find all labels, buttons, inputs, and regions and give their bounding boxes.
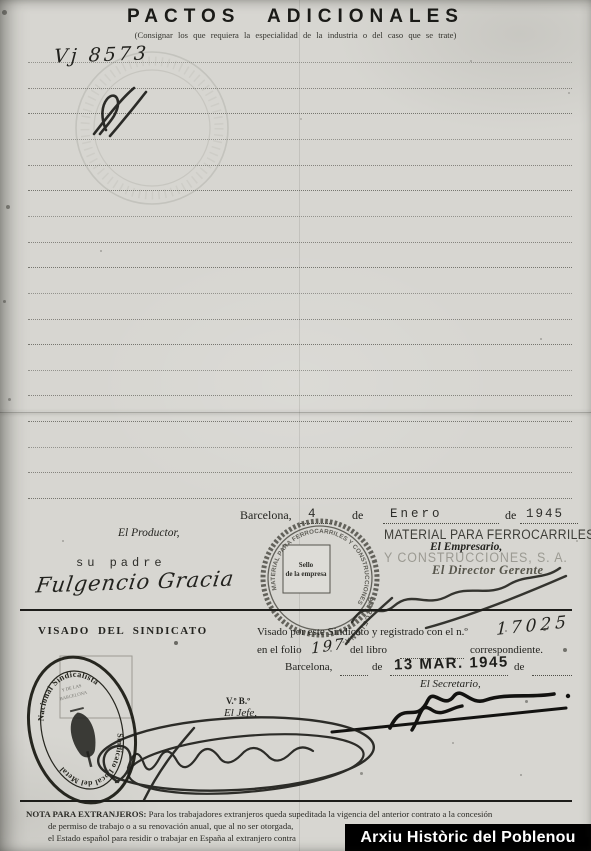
ruled-line [28,319,572,320]
horizontal-fold-crease [0,411,591,413]
productor-label: El Productor, [118,527,180,539]
page-title: PACTOS ADICIONALES [0,6,591,28]
stain-speck [100,250,102,252]
svg-text:de la empresa: de la empresa [285,570,327,578]
jefe-signature [88,710,380,808]
ruled-line [28,293,572,294]
visado-date-stamp: 13 MAR. 1945 [394,654,509,674]
date-de2: de [505,508,516,523]
page-subtitle: (Consignar los que requiera la especiali… [0,30,591,40]
stain-speck [543,628,546,631]
initials-scribble [76,78,162,142]
stain-speck [563,648,567,652]
stain-speck [576,540,578,542]
stain-speck [505,630,507,632]
sello-box [283,545,330,593]
divider-line-2 [20,800,572,802]
archive-watermark-text: Arxiu Històric del Poblenou [360,829,575,847]
stain-speck [174,641,178,645]
visado-line3-de2: de [514,661,524,673]
stain-speck [330,650,332,652]
productor-signature: Fulgencio Gracia [34,566,236,597]
ruled-line [28,370,572,371]
visado-line2a: en el folio [257,644,302,656]
stain-speck [470,60,472,62]
ruled-line [28,267,572,268]
ruled-line [28,498,572,499]
archive-watermark-bar: Arxiu Històric del Poblenou [345,824,591,851]
stain-speck [568,92,570,94]
visado-line3-de1: de [372,661,382,673]
visado-line2b: del libro [350,644,387,656]
stain-speck [6,205,10,209]
svg-text:Sello: Sello [299,561,314,569]
visado-folio: 197 [311,635,345,658]
ruled-line [28,216,572,217]
date-year-value: 1945 [526,507,564,521]
ruled-line [28,421,572,422]
stain-speck [62,540,64,542]
vb-label: V.º B.º [226,696,250,706]
ruled-line [28,472,572,473]
stain-speck [520,774,522,776]
productor-typed-note: su padre [76,556,166,570]
ruled-line [28,344,572,345]
date-month-value: Enero [390,507,443,521]
divider-line-1 [20,609,572,611]
nota-line-1: NOTA PARA EXTRANJEROS: Para los trabajad… [26,808,574,820]
visado-line3-dot3 [532,663,572,676]
stain-speck [2,10,7,15]
handwritten-number: Vj 8573 [53,42,150,67]
stain-speck [525,700,528,703]
nota-label: NOTA PARA EXTRANJEROS: [26,809,146,819]
empresa-stamp-line1: MATERIAL PARA FERROCARRILES [384,527,591,542]
ruled-line [28,242,572,243]
stain-speck [300,118,302,120]
stain-speck [452,742,454,744]
ruled-line [28,395,572,396]
visado-line3-city: Barcelona, [285,661,332,673]
stain-speck [3,300,6,303]
stain-speck [360,772,363,775]
stain-speck [540,338,542,340]
ruled-line [28,447,572,448]
visado-heading: VISADO DEL SINDICATO [38,625,208,637]
nota-text-1: Para los trabajadores extranjeros queda … [149,809,493,819]
visado-line1: Visado por este Sindicato y registrado c… [257,626,468,638]
visado-line3-dot1 [340,663,368,676]
stain-speck [8,398,11,401]
